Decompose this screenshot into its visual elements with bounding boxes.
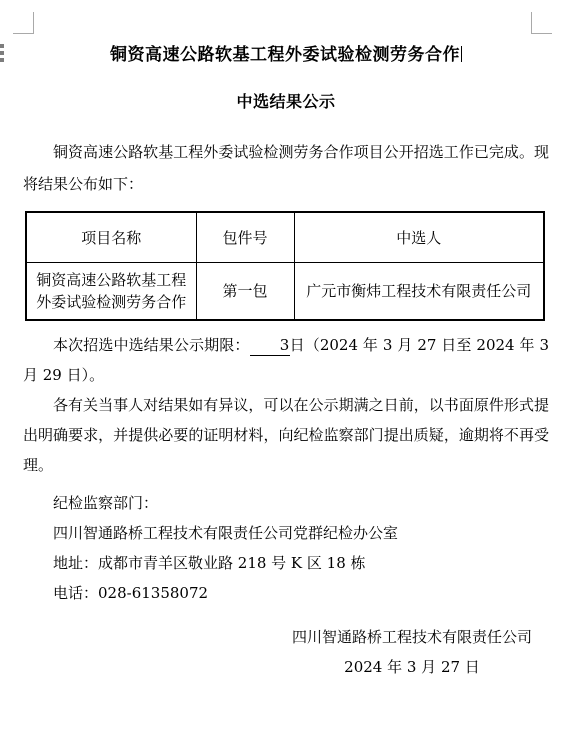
page-edge-dots — [0, 44, 5, 65]
table-cell: 项目名称 — [26, 212, 196, 263]
text-cursor — [461, 46, 462, 62]
contact-phone: 电话：028-61358072 — [23, 578, 549, 608]
discipline-dept-label: 纪检监察部门： — [23, 488, 549, 518]
document-page: 铜资高速公路软基工程外委试验检测劳务合作 中选结果公示 铜资高速公路软基工程外委… — [23, 0, 549, 751]
table-cell: 第一包 — [196, 263, 294, 321]
intro-paragraph: 铜资高速公路软基工程外委试验检测劳务合作项目公开招选工作已完成。现将结果公布如下… — [23, 136, 549, 200]
table-cell: 铜资高速公路软基工程外委试验检测劳务合作 — [26, 263, 196, 321]
table-cell: 广元市衡炜工程技术有限责任公司 — [294, 263, 544, 321]
signature-date: 2024 年 3 月 27 日 — [344, 658, 480, 676]
table-row: 铜资高速公路软基工程外委试验检测劳务合作第一包广元市衡炜工程技术有限责任公司 — [26, 263, 544, 321]
table-cell: 中选人 — [294, 212, 544, 263]
result-table-body: 项目名称包件号中选人铜资高速公路软基工程外委试验检测劳务合作第一包广元市衡炜工程… — [26, 212, 544, 320]
period-paragraph: 本次招选中选结果公示期限：3日（2024 年 3 月 27 日至 2024 年 … — [23, 330, 549, 390]
signature-block: 四川智通路桥工程技术有限责任公司 2024 年 3 月 27 日 — [23, 622, 549, 682]
document-title-text: 铜资高速公路软基工程外委试验检测劳务合作 — [110, 45, 460, 65]
objection-paragraph: 各有关当事人对结果如有异议，可以在公示期满之日前，以书面原件形式提出明确要求，并… — [23, 390, 549, 480]
signature-company: 四川智通路桥工程技术有限责任公司 — [292, 628, 532, 646]
contact-address: 地址：成都市青羊区敬业路 218 号 K 区 18 栋 — [23, 548, 549, 578]
table-header-row: 项目名称包件号中选人 — [26, 212, 544, 263]
result-table: 项目名称包件号中选人铜资高速公路软基工程外委试验检测劳务合作第一包广元市衡炜工程… — [25, 211, 545, 321]
signature-inner: 四川智通路桥工程技术有限责任公司 2024 年 3 月 27 日 — [292, 622, 532, 682]
period-days-underlined: 3 — [250, 336, 290, 356]
document-title: 铜资高速公路软基工程外委试验检测劳务合作 — [23, 44, 549, 66]
contact-block: 纪检监察部门： 四川智通路桥工程技术有限责任公司党群纪检办公室 地址：成都市青羊… — [23, 488, 549, 608]
table-cell: 包件号 — [196, 212, 294, 263]
discipline-dept-name: 四川智通路桥工程技术有限责任公司党群纪检办公室 — [23, 518, 549, 548]
document-subtitle: 中选结果公示 — [23, 92, 549, 112]
period-prefix: 本次招选中选结果公示期限： — [53, 336, 250, 354]
